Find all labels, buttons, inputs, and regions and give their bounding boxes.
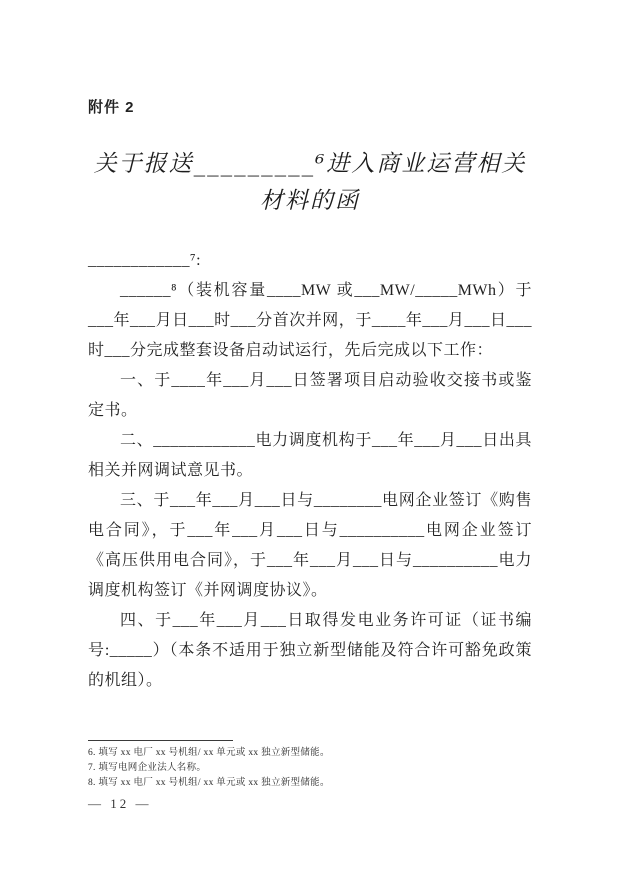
item-2-paragraph: 二、____________电力调度机构于___年___月___日出具相关并网调… xyxy=(88,426,532,486)
intro-paragraph: ______⁸（装机容量____MW 或___MW/_____MWh）于___年… xyxy=(88,276,532,366)
item-3-paragraph: 三、于___年___月___日与________电网企业签订《购售电合同》，于_… xyxy=(88,486,532,606)
footnote-area: 6. 填写 xx 电厂 xx 号机组/ xx 单元或 xx 独立新型储能。 7.… xyxy=(88,740,548,791)
document-body: ______⁸（装机容量____MW 或___MW/_____MWh）于___年… xyxy=(88,276,532,696)
footnote-8: 8. 填写 xx 电厂 xx 号机组/ xx 单元或 xx 独立新型储能。 xyxy=(88,776,548,791)
title-line-1: 关于报送_________⁶进入商业运营相关 xyxy=(60,146,560,183)
document-title: 关于报送_________⁶进入商业运营相关 材料的函 xyxy=(60,146,560,220)
title-line-2: 材料的函 xyxy=(60,183,560,220)
item-4-paragraph: 四、于___年___月___日取得发电业务许可证（证书编号:_____）（本条不… xyxy=(88,606,532,696)
page-number: — 12 — xyxy=(88,796,152,812)
footnote-separator xyxy=(88,740,233,741)
attachment-label: 附件 2 xyxy=(88,96,135,117)
salutation-line: ____________⁷: xyxy=(88,246,201,276)
item-1-paragraph: 一、于____年___月___日签署项目启动验收交接书或鉴定书。 xyxy=(88,366,532,426)
footnote-7: 7. 填写电网企业法人名称。 xyxy=(88,761,548,776)
footnote-6: 6. 填写 xx 电厂 xx 号机组/ xx 单元或 xx 独立新型储能。 xyxy=(88,746,548,761)
document-page: 附件 2 关于报送_________⁶进入商业运营相关 材料的函 _______… xyxy=(0,0,620,877)
